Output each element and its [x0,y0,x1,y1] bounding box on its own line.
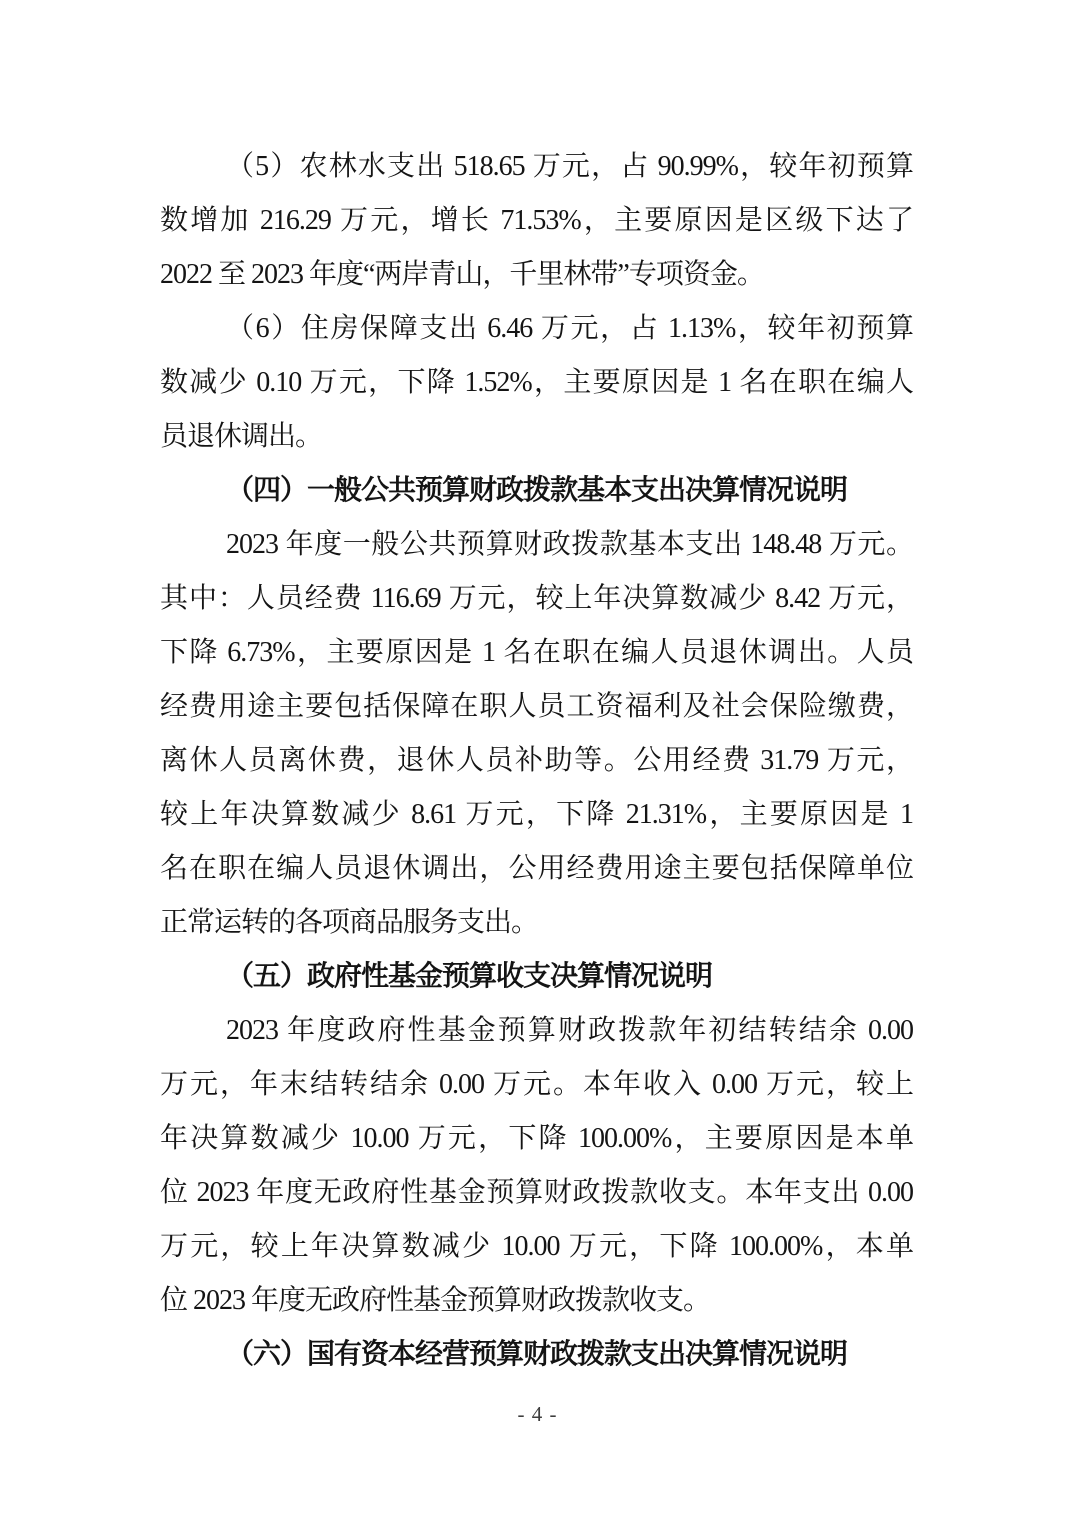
paragraph-line: 其中：人员经费 116.69 万元，较上年决算数减少 8.42 万元， [160,572,913,626]
paragraph-line: 离休人员离休费，退休人员补助等。公用经费 31.79 万元， [160,734,913,788]
paragraph-line: 正常运转的各项商品服务支出。 [160,896,913,950]
section-heading: （六）国有资本经营预算财政拨款支出决算情况说明 [160,1328,913,1382]
paragraph-line: 较上年决算数减少 8.61 万元，下降 21.31%，主要原因是 1 [160,788,913,842]
page-number: - 4 - [0,1398,1075,1430]
paragraph-line: 名在职在编人员退休调出，公用经费用途主要包括保障单位 [160,842,913,896]
paragraph-line: （6）住房保障支出 6.46 万元，占 1.13%，较年初预算 [160,302,913,356]
paragraph-line: 数增加 216.29 万元，增长 71.53%，主要原因是区级下达了 [160,194,913,248]
paragraph-line: 员退休调出。 [160,410,913,464]
paragraph-line: 万元，较上年决算数减少 10.00 万元，下降 100.00%，本单 [160,1220,913,1274]
paragraph-line: 万元，年末结转结余 0.00 万元。本年收入 0.00 万元，较上 [160,1058,913,1112]
document-page: （5）农林水支出 518.65 万元，占 90.99%，较年初预算数增加 216… [0,0,1075,1520]
paragraph-line: 经费用途主要包括保障在职人员工资福利及社会保险缴费， [160,680,913,734]
paragraph-line: 2023 年度政府性基金预算财政拨款年初结转结余 0.00 [160,1004,913,1058]
paragraph-line: 下降 6.73%，主要原因是 1 名在职在编人员退休调出。人员 [160,626,913,680]
paragraph-line: 2022 至 2023 年度“两岸青山，千里林带”专项资金。 [160,248,913,302]
paragraph-line: 2023 年度一般公共预算财政拨款基本支出 148.48 万元。 [160,518,913,572]
paragraph-line: 数减少 0.10 万元，下降 1.52%，主要原因是 1 名在职在编人 [160,356,913,410]
document-body: （5）农林水支出 518.65 万元，占 90.99%，较年初预算数增加 216… [160,140,913,1382]
paragraph-line: （5）农林水支出 518.65 万元，占 90.99%，较年初预算 [160,140,913,194]
paragraph-line: 位 2023 年度无政府性基金预算财政拨款收支。 [160,1274,913,1328]
paragraph-line: 位 2023 年度无政府性基金预算财政拨款收支。本年支出 0.00 [160,1166,913,1220]
paragraph-line: 年决算数减少 10.00 万元，下降 100.00%，主要原因是本单 [160,1112,913,1166]
section-heading: （五）政府性基金预算收支决算情况说明 [160,950,913,1004]
section-heading: （四）一般公共预算财政拨款基本支出决算情况说明 [160,464,913,518]
